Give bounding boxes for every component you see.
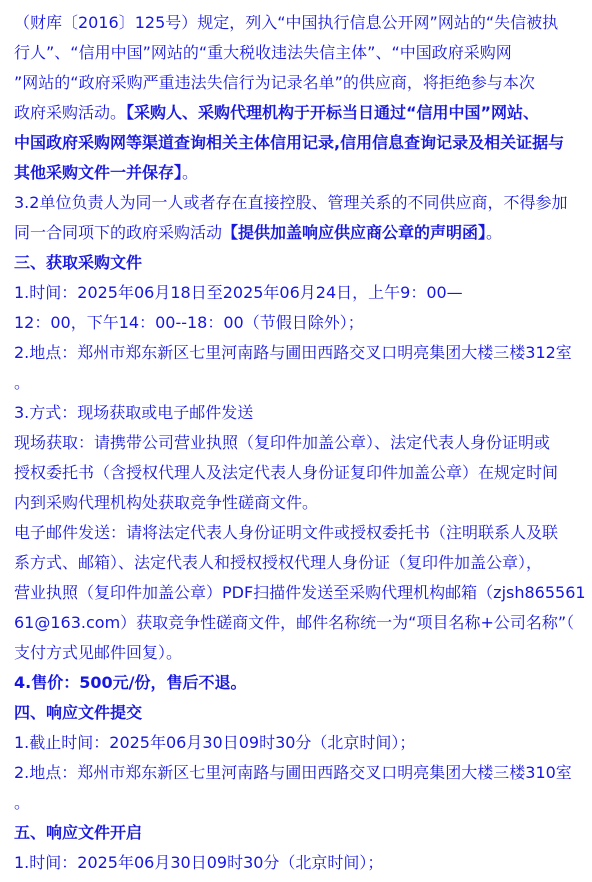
text-segment: 营业执照（复印件加盖公章）PDF扫描件发送至采购代理机构邮箱（zjsh86556… bbox=[14, 583, 586, 602]
text-line: 3.2单位负责人为同一人或者存在直接控股、管理关系的不同供应商，不得参加 bbox=[14, 188, 578, 218]
text-line: 2.地点：郑州市郑东新区七里河南路与圃田西路交叉口明亮集团大楼三楼310室 bbox=[14, 758, 578, 788]
text-segment: 。 bbox=[486, 223, 502, 242]
text-line: 12：00，下午14：00--18：00（节假日除外）； bbox=[14, 308, 578, 338]
text-line: 同一合同项下的政府采购活动【提供加盖响应供应商公章的声明函】。 bbox=[14, 218, 578, 248]
text-segment: 61@163.com）获取竞争性磋商文件，邮件名称统一为“项目名称+公司名称”（ bbox=[14, 613, 574, 632]
text-line: 支付方式见邮件回复）。 bbox=[14, 638, 578, 668]
text-segment: 。 bbox=[14, 793, 30, 812]
text-line: 3.方式：现场获取或电子邮件发送 bbox=[14, 398, 578, 428]
text-line: 行人”、“信用中国”网站的“重大税收违法失信主体”、“中国政府采购网 bbox=[14, 38, 578, 68]
text-segment: 3.2单位负责人为同一人或者存在直接控股、管理关系的不同供应商，不得参加 bbox=[14, 193, 567, 212]
text-segment: 3.方式：现场获取或电子邮件发送 bbox=[14, 403, 253, 422]
text-segment: 1.时间：2025年06月30日09时30分（北京时间）； bbox=[14, 853, 383, 872]
text-segment: 同一合同项下的政府采购活动 bbox=[14, 223, 222, 242]
text-segment-bold: 四、响应文件提交 bbox=[14, 703, 142, 722]
text-line: 其他采购文件一并保存】。 bbox=[14, 158, 578, 188]
text-segment: 系方式、邮箱）、法定代表人和授权授权代理人身份证（复印件加盖公章）， bbox=[14, 553, 542, 572]
text-line: 政府采购活动。【采购人、采购代理机构于开标当日通过“信用中国”网站、 bbox=[14, 98, 578, 128]
text-line: 1.截止时间：2025年06月30日09时30分（北京时间）； bbox=[14, 728, 578, 758]
text-segment-bold: 中国政府采购网等渠道查询相关主体信用记录,信用信息查询记录及相关证据与 bbox=[14, 133, 564, 152]
text-line: 营业执照（复印件加盖公章）PDF扫描件发送至采购代理机构邮箱（zjsh86556… bbox=[14, 578, 578, 608]
text-segment: 授权委托书（含授权代理人及法定代表人身份证复印件加盖公章）在规定时间 bbox=[14, 463, 558, 482]
text-segment: 电子邮件发送：请将法定代表人身份证明文件或授权委托书（注明联系人及联 bbox=[14, 523, 558, 542]
text-line: 五、响应文件开启 bbox=[14, 818, 578, 848]
text-segment-bold: 4.售价：500元/份，售后不退。 bbox=[14, 673, 246, 692]
text-segment: 支付方式见邮件回复）。 bbox=[14, 643, 182, 662]
text-line: 系方式、邮箱）、法定代表人和授权授权代理人身份证（复印件加盖公章）， bbox=[14, 548, 578, 578]
text-segment-bold: 三、获取采购文件 bbox=[14, 253, 142, 272]
text-segment: （财库〔2016〕125号）规定，列入“中国执行信息公开网”网站的“失信被执 bbox=[14, 13, 558, 32]
text-segment: 内到采购代理机构处获取竞争性磋商文件。 bbox=[14, 493, 318, 512]
text-line: 内到采购代理机构处获取竞争性磋商文件。 bbox=[14, 488, 578, 518]
text-line: 。 bbox=[14, 368, 578, 398]
text-segment: 现场获取：请携带公司营业执照（复印件加盖公章）、法定代表人身份证明或 bbox=[14, 433, 550, 452]
text-line: 1.时间：2025年06月30日09时30分（北京时间）； bbox=[14, 848, 578, 878]
document-body: （财库〔2016〕125号）规定，列入“中国执行信息公开网”网站的“失信被执行人… bbox=[0, 0, 592, 878]
text-segment: 政府采购活动。 bbox=[14, 103, 126, 122]
text-segment: 2.地点：郑州市郑东新区七里河南路与圃田西路交叉口明亮集团大楼三楼310室 bbox=[14, 763, 572, 782]
text-line: 61@163.com）获取竞争性磋商文件，邮件名称统一为“项目名称+公司名称”（ bbox=[14, 608, 578, 638]
text-segment: 2.地点：郑州市郑东新区七里河南路与圃田西路交叉口明亮集团大楼三楼312室 bbox=[14, 343, 572, 362]
text-segment: 行人”、“信用中国”网站的“重大税收违法失信主体”、“中国政府采购网 bbox=[14, 43, 512, 62]
text-line: （财库〔2016〕125号）规定，列入“中国执行信息公开网”网站的“失信被执 bbox=[14, 8, 578, 38]
text-line: 三、获取采购文件 bbox=[14, 248, 578, 278]
text-segment: 1.时间：2025年06月18日至2025年06月24日，上午9：00— bbox=[14, 283, 463, 302]
text-segment: ”网站的“政府采购严重违法失信行为记录名单”的供应商，将拒绝参与本次 bbox=[14, 73, 535, 92]
text-line: 4.售价：500元/份，售后不退。 bbox=[14, 668, 578, 698]
text-line: 四、响应文件提交 bbox=[14, 698, 578, 728]
text-line: ”网站的“政府采购严重违法失信行为记录名单”的供应商，将拒绝参与本次 bbox=[14, 68, 578, 98]
text-segment-bold: 五、响应文件开启 bbox=[14, 823, 142, 842]
text-segment: 。 bbox=[14, 373, 30, 392]
text-segment-bold: 其他采购文件一并保存】 bbox=[14, 163, 182, 182]
text-line: 授权委托书（含授权代理人及法定代表人身份证复印件加盖公章）在规定时间 bbox=[14, 458, 578, 488]
text-line: 现场获取：请携带公司营业执照（复印件加盖公章）、法定代表人身份证明或 bbox=[14, 428, 578, 458]
text-line: 1.时间：2025年06月18日至2025年06月24日，上午9：00— bbox=[14, 278, 578, 308]
text-line: 。 bbox=[14, 788, 578, 818]
text-segment-bold: 【提供加盖响应供应商公章的声明函】 bbox=[222, 223, 486, 242]
text-line: 2.地点：郑州市郑东新区七里河南路与圃田西路交叉口明亮集团大楼三楼312室 bbox=[14, 338, 578, 368]
text-line: 电子邮件发送：请将法定代表人身份证明文件或授权委托书（注明联系人及联 bbox=[14, 518, 578, 548]
text-line: 中国政府采购网等渠道查询相关主体信用记录,信用信息查询记录及相关证据与 bbox=[14, 128, 578, 158]
text-segment-bold: 【采购人、采购代理机构于开标当日通过“信用中国”网站、 bbox=[126, 103, 539, 122]
text-segment: 1.截止时间：2025年06月30日09时30分（北京时间）； bbox=[14, 733, 415, 752]
text-segment: 12：00，下午14：00--18：00（节假日除外）； bbox=[14, 313, 364, 332]
text-segment: 。 bbox=[182, 163, 198, 182]
